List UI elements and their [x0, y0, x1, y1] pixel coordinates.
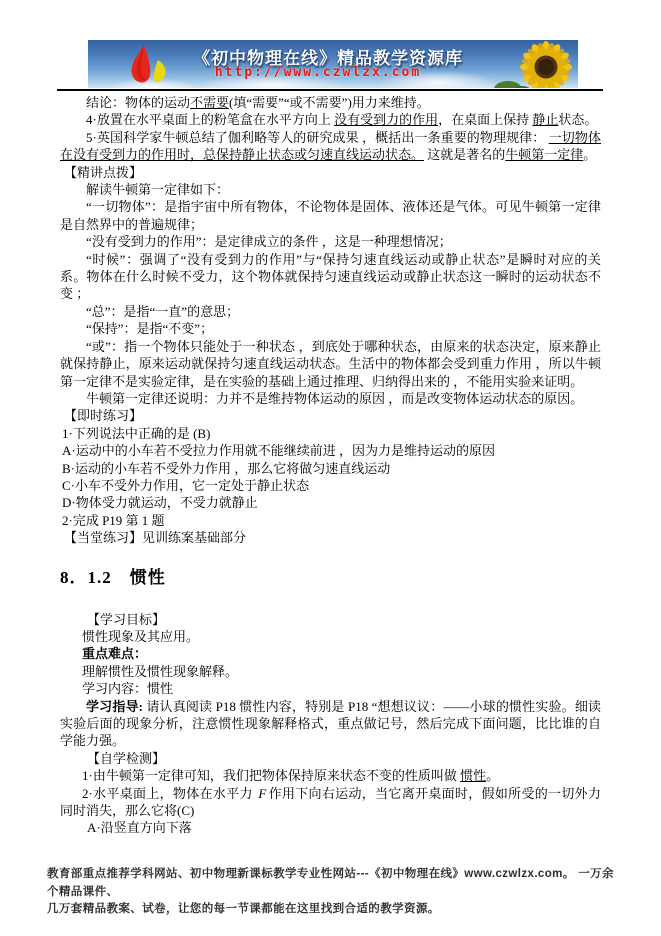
page-footer: 教育部重点推荐学科网站、初中物理新课标教学专业性网站---《初中物理在线》www… — [47, 866, 622, 919]
text-segment: 。 — [486, 768, 499, 783]
text-segment: A·沿竖直方向下落 — [87, 820, 192, 835]
text-segment: “保持”：是指“不变”； — [86, 321, 213, 336]
text-segment: 解读牛顿第一定律如下： — [86, 182, 229, 197]
text-segment: 1·由牛顿第一定律可知，我们把物体保持原来状态不变的性质叫做 — [82, 768, 460, 783]
text-segment: D·物体受力就运动，不受力就静止 — [62, 495, 258, 510]
text-segment: 牛顿第一定律还说明：力并不是维持物体运动的原因 ，而是改变物体运动状态的原因。 — [86, 391, 583, 406]
footer-line: 几万套精品教案、试卷，让您的每一节课都能在这里找到合适的教学资源。 — [47, 901, 622, 919]
text-segment: 1·下列说法中正确的是 (B) — [62, 426, 210, 441]
text-segment: 这就是著名的 — [424, 147, 505, 162]
text-segment: B·运动的小车若不受外力作用 ，那么它将做匀速直线运动 — [62, 461, 390, 476]
paragraph: “总”：是指“一直”的意思； — [60, 303, 601, 320]
banner-url: http://www.czwlzx.com — [128, 65, 508, 80]
text-segment: F — [256, 786, 268, 801]
text-segment: 牛顿第一定律 — [505, 147, 583, 162]
paragraph: “时候”：强调了“没有受到力的作用”与“保持匀速直线运动或静止状态”是瞬时对应的… — [60, 251, 601, 303]
paragraph: 学习指导: 请认真阅读 P18 惯性内容，特别是 P18 “想想议议：——小球的… — [60, 698, 601, 750]
text-segment: 结论：物体的运动 — [86, 95, 190, 110]
paragraph: A·沿竖直方向下落 — [60, 819, 601, 836]
document-page: { "banner": { "title": "《初中物理在线》精品教学资源库"… — [0, 0, 661, 936]
paragraph: 重点难点： — [60, 645, 601, 662]
text-segment: “没有受到力的作用”：是定律成立的条件 ，这是一种理想情况； — [86, 234, 452, 249]
text-segment: 惯性 — [460, 768, 486, 783]
text-segment: “总”：是指“一直”的意思； — [86, 304, 239, 319]
text-segment: 2·水平桌面上，物体在水平力 — [82, 786, 256, 801]
paragraph: 2·水平桌面上，物体在水平力 F作用下向右运动，当它离开桌面时，假如所受的一切外… — [60, 785, 601, 820]
text-segment: 惯性现象及其应用。 — [82, 629, 199, 644]
paragraph: “保持”：是指“不变”； — [60, 320, 601, 337]
text-segment: ，在桌面上保持 — [438, 112, 532, 127]
document-body: 结论：物体的运动不需要(填“需要”“或不需要”)用力来维持。4·放置在水平桌面上… — [60, 87, 601, 837]
paragraph: 5·英国科学家牛顿总结了伽利略等人的研究成果 ，概括出一条重要的物理规律： 一切… — [60, 129, 601, 164]
paragraph: 【精讲点拨】 — [60, 164, 601, 181]
paragraph: 【即时练习】 — [60, 407, 601, 424]
footer-line: 教育部重点推荐学科网站、初中物理新课标教学专业性网站---《初中物理在线》www… — [47, 866, 622, 901]
text-segment: “一切物体”：是指宇宙中所有物体，不论物体是固体、液体还是气体。可见牛顿第一定律… — [60, 199, 601, 231]
text-segment: 学习指导: — [86, 699, 143, 714]
site-banner: 《初中物理在线》精品教学资源库 http://www.czwlzx.com — [88, 40, 578, 88]
text-segment: 静止 — [532, 112, 558, 127]
paragraph: 2·完成 P19 第 1 题 — [60, 512, 601, 529]
text-segment: 【学习目标】 — [87, 612, 165, 627]
text-segment: 【自学检测】 — [87, 751, 165, 766]
paragraph: B·运动的小车若不受外力作用 ，那么它将做匀速直线运动 — [60, 460, 601, 477]
paragraph: D·物体受力就运动，不受力就静止 — [60, 494, 601, 511]
paragraph: 4·放置在水平桌面上的粉笔盒在水平方向上 没有受到力的作用，在桌面上保持 静止状… — [60, 111, 601, 128]
text-segment: 【当堂练习】见训练案基础部分 — [64, 530, 246, 545]
text-segment: 5·英国科学家牛顿总结了伽利略等人的研究成果 ，概括出一条重要的物理规律： — [86, 130, 549, 145]
paragraph: 【学习目标】 — [60, 611, 601, 628]
text-segment: 重点难点： — [82, 646, 147, 661]
paragraph: 解读牛顿第一定律如下： — [60, 181, 601, 198]
paragraph: A·运动中的小车若不受拉力作用就不能继续前进 ，因为力是维持运动的原因 — [60, 442, 601, 459]
text-segment: A·运动中的小车若不受拉力作用就不能继续前进 ，因为力是维持运动的原因 — [62, 443, 495, 458]
paragraph: 【当堂练习】见训练案基础部分 — [60, 529, 601, 546]
text-segment: 【即时练习】 — [64, 408, 142, 423]
paragraph: 结论：物体的运动不需要(填“需要”“或不需要”)用力来维持。 — [60, 94, 601, 111]
text-segment: 状态。 — [558, 112, 597, 127]
paragraph: 学习内容：惯性 — [60, 680, 601, 697]
section-heading: 8．1.2 惯性 — [60, 567, 601, 589]
text-segment: 学习内容：惯性 — [82, 681, 173, 696]
paragraph: 1·下列说法中正确的是 (B) — [60, 425, 601, 442]
paragraph: 1·由牛顿第一定律可知，我们把物体保持原来状态不变的性质叫做 惯性。 — [60, 767, 601, 784]
paragraph: “一切物体”：是指宇宙中所有物体，不论物体是固体、液体还是气体。可见牛顿第一定律… — [60, 198, 601, 233]
text-segment: “或”：指一个物体只能处于一种状态 ，到底处于哪种状态，由原来的状态决定，原来静… — [60, 339, 601, 389]
paragraph: C·小车不受外力作用，它一定处于静止状态 — [60, 477, 601, 494]
text-segment: 2·完成 P19 第 1 题 — [62, 513, 165, 528]
text-segment: 理解惯性及惯性现象解释。 — [82, 664, 238, 679]
text-segment: 不需要 — [190, 95, 229, 110]
text-segment: 4·放置在水平桌面上的粉笔盒在水平方向上 — [86, 112, 334, 127]
text-segment: 8．1.2 惯性 — [60, 568, 166, 587]
paragraph: 理解惯性及惯性现象解释。 — [60, 663, 601, 680]
text-segment: (填“需要”“或不需要”)用力来维持。 — [229, 95, 430, 110]
text-segment: 没有受到力的作用 — [334, 112, 438, 127]
paragraph: 牛顿第一定律还说明：力并不是维持物体运动的原因 ，而是改变物体运动状态的原因。 — [60, 390, 601, 407]
paragraph: “或”：指一个物体只能处于一种状态 ，到底处于哪种状态，由原来的状态决定，原来静… — [60, 338, 601, 390]
text-segment: 【精讲点拨】 — [64, 165, 142, 180]
text-segment: 。 — [583, 147, 596, 162]
paragraph: 【自学检测】 — [60, 750, 601, 767]
paragraph: “没有受到力的作用”：是定律成立的条件 ，这是一种理想情况； — [60, 233, 601, 250]
text-segment: C·小车不受外力作用，它一定处于静止状态 — [62, 478, 309, 493]
text-segment: “时候”：强调了“没有受到力的作用”与“保持匀速直线运动或静止状态”是瞬时对应的… — [60, 252, 601, 302]
paragraph: 惯性现象及其应用。 — [60, 628, 601, 645]
